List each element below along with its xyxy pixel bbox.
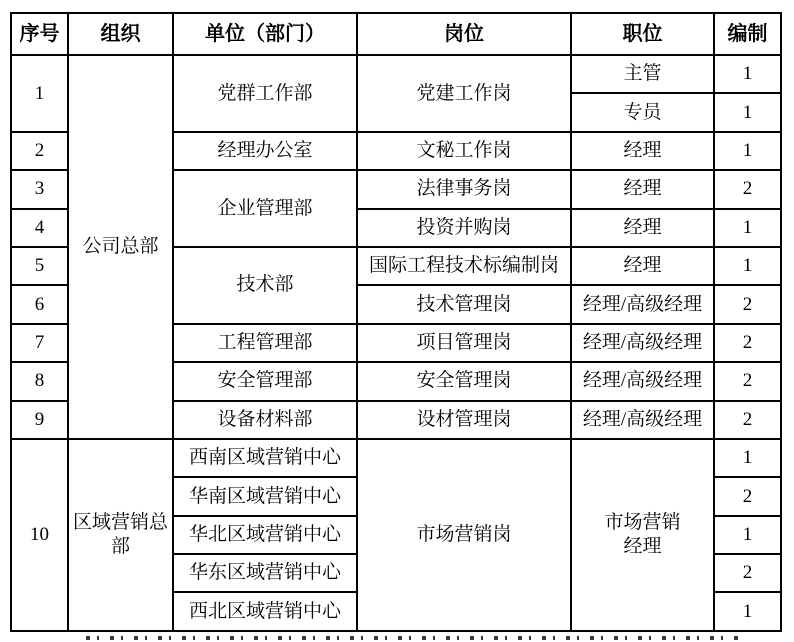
header-unit: 单位（部门）	[173, 13, 357, 55]
cell-count: 2	[714, 362, 781, 400]
cell-unit: 技术部	[173, 247, 357, 324]
cell-post: 法律事务岗	[357, 170, 571, 208]
cell-unit: 西南区域营销中心	[173, 439, 357, 477]
cell-title: 经理/高级经理	[571, 324, 714, 362]
cell-unit: 华东区域营销中心	[173, 554, 357, 592]
cell-unit: 党群工作部	[173, 55, 357, 132]
cell-seq: 4	[11, 209, 68, 247]
cell-seq: 2	[11, 132, 68, 170]
header-count: 编制	[714, 13, 781, 55]
cell-seq: 6	[11, 285, 68, 323]
cell-title: 经理	[571, 132, 714, 170]
cell-unit: 华北区域营销中心	[173, 516, 357, 554]
cell-org: 区域营销总部	[68, 439, 173, 631]
cell-count: 1	[714, 132, 781, 170]
clipped-text-fragment	[86, 636, 742, 640]
cell-title: 经理	[571, 247, 714, 285]
cell-count: 1	[714, 93, 781, 131]
cell-count: 1	[714, 55, 781, 93]
header-seq: 序号	[11, 13, 68, 55]
cell-count: 1	[714, 247, 781, 285]
cell-unit: 经理办公室	[173, 132, 357, 170]
cell-count: 2	[714, 401, 781, 439]
cell-seq: 7	[11, 324, 68, 362]
cell-post: 文秘工作岗	[357, 132, 571, 170]
cell-title: 经理	[571, 170, 714, 208]
cell-count: 1	[714, 439, 781, 477]
cell-post: 市场营销岗	[357, 439, 571, 631]
cell-seq: 3	[11, 170, 68, 208]
cell-title: 主管	[571, 55, 714, 93]
cell-post: 项目管理岗	[357, 324, 571, 362]
cell-seq: 5	[11, 247, 68, 285]
cell-post: 国际工程技术标编制岗	[357, 247, 571, 285]
cell-seq: 8	[11, 362, 68, 400]
cell-count: 2	[714, 285, 781, 323]
header-title: 职位	[571, 13, 714, 55]
cell-seq: 10	[11, 439, 68, 631]
cell-seq: 1	[11, 55, 68, 132]
cell-post: 安全管理岗	[357, 362, 571, 400]
cell-org: 公司总部	[68, 55, 173, 439]
document-page: 序号 组织 单位（部门） 岗位 职位 编制 1 公司总部 党群工作部 党建工作岗…	[0, 0, 794, 642]
cell-count: 1	[714, 592, 781, 630]
cell-unit: 企业管理部	[173, 170, 357, 247]
cell-unit: 设备材料部	[173, 401, 357, 439]
cell-post: 设材管理岗	[357, 401, 571, 439]
staffing-table: 序号 组织 单位（部门） 岗位 职位 编制 1 公司总部 党群工作部 党建工作岗…	[10, 12, 782, 632]
cell-post: 技术管理岗	[357, 285, 571, 323]
header-post: 岗位	[357, 13, 571, 55]
cell-count: 2	[714, 324, 781, 362]
cell-unit: 工程管理部	[173, 324, 357, 362]
cell-count: 2	[714, 477, 781, 515]
cell-unit: 西北区域营销中心	[173, 592, 357, 630]
cell-count: 1	[714, 516, 781, 554]
cell-title: 专员	[571, 93, 714, 131]
table-header-row: 序号 组织 单位（部门） 岗位 职位 编制	[11, 13, 781, 55]
cell-post: 党建工作岗	[357, 55, 571, 132]
table-row: 1 公司总部 党群工作部 党建工作岗 主管 1	[11, 55, 781, 93]
cell-post: 投资并购岗	[357, 209, 571, 247]
cell-seq: 9	[11, 401, 68, 439]
table-row: 10 区域营销总部 西南区域营销中心 市场营销岗 市场营销 经理 1	[11, 439, 781, 477]
cell-count: 2	[714, 554, 781, 592]
cell-title: 经理	[571, 209, 714, 247]
cell-title: 经理/高级经理	[571, 285, 714, 323]
header-org: 组织	[68, 13, 173, 55]
cell-count: 2	[714, 170, 781, 208]
cell-title: 经理/高级经理	[571, 401, 714, 439]
cell-unit: 安全管理部	[173, 362, 357, 400]
cell-title: 经理/高级经理	[571, 362, 714, 400]
cell-unit: 华南区域营销中心	[173, 477, 357, 515]
cell-count: 1	[714, 209, 781, 247]
cell-title: 市场营销 经理	[571, 439, 714, 631]
